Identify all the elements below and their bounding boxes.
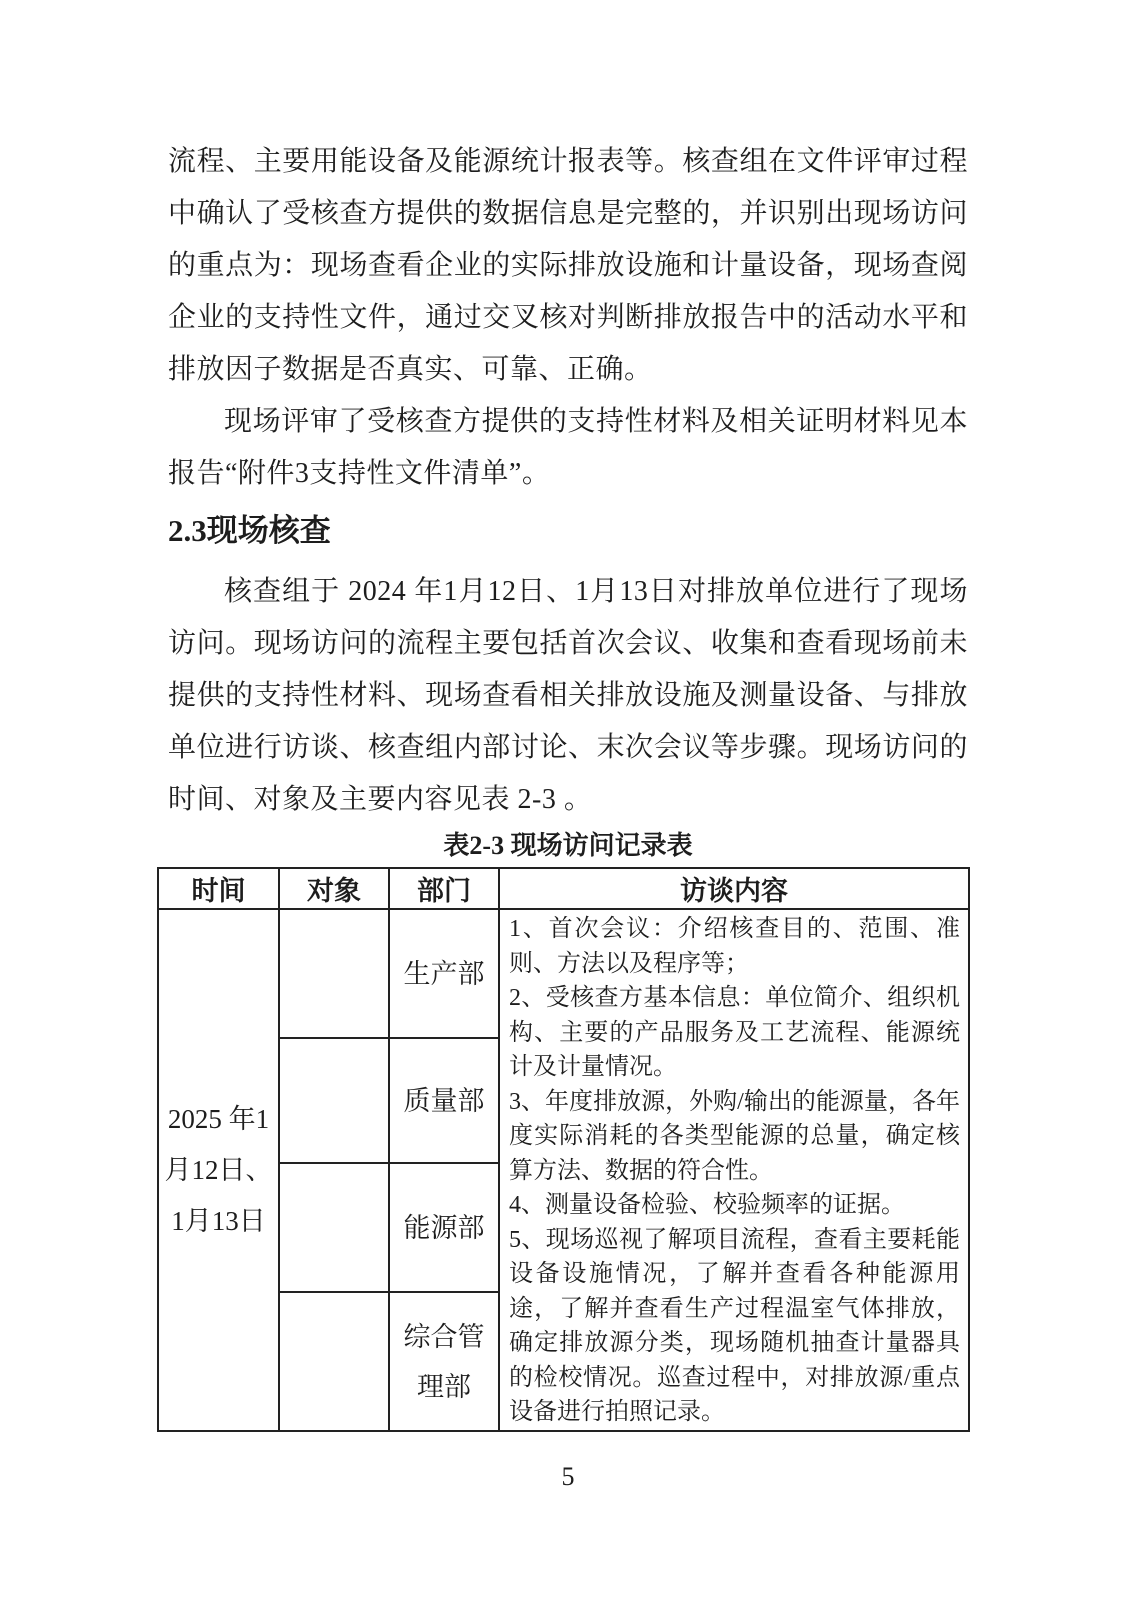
paragraph-file-review: 流程、主要用能设备及能源统计报表等。核查组在文件评审过程中确认了受核查方提供的数… (168, 136, 968, 396)
interview-item-3: 3、年度排放源，外购/输出的能源量，各年度实际消耗的各类型能源的总量，确定核算方… (509, 1085, 960, 1189)
object-cell-4 (279, 1292, 389, 1431)
interview-content-cell: 1、首次会议：介绍核查目的、范围、准则、方法以及程序等； 2、受核查方基本信息：… (499, 909, 969, 1431)
interview-item-2: 2、受核查方基本信息：单位简介、组织机构、主要的产品服务及工艺流程、能源统计及计… (509, 981, 960, 1085)
department-cell-energy: 能源部 (389, 1163, 499, 1292)
section-heading-2-3: 2.3现场核查 (168, 510, 968, 552)
column-header-time: 时间 (158, 868, 279, 909)
department-cell-production: 生产部 (389, 909, 499, 1038)
table-header-row: 时间 对象 部门 访谈内容 (158, 868, 969, 909)
interview-item-5: 5、现场巡视了解项目流程，查看主要耗能设备设施情况，了解并查看各种能源用途，了解… (509, 1223, 960, 1430)
column-header-interview-content: 访谈内容 (499, 868, 969, 909)
column-header-object: 对象 (279, 868, 389, 909)
object-cell-1 (279, 909, 389, 1038)
document-page: 流程、主要用能设备及能源统计报表等。核查组在文件评审过程中确认了受核查方提供的数… (0, 0, 1131, 1600)
paragraph-onsite-review: 现场评审了受核查方提供的支持性材料及相关证明材料见本报告“附件3支持性文件清单”… (168, 396, 968, 500)
table-row: 2025 年1 月12日、 1月13日 生产部 1、首次会议：介绍核查目的、范围… (158, 909, 969, 1038)
department-cell-quality: 质量部 (389, 1038, 499, 1163)
column-header-department: 部门 (389, 868, 499, 909)
interview-item-1: 1、首次会议：介绍核查目的、范围、准则、方法以及程序等； (509, 912, 960, 981)
department-cell-general-management: 综合管理部 (389, 1292, 499, 1431)
table-caption: 表2-3 现场访问记录表 (168, 830, 968, 862)
object-cell-2 (279, 1038, 389, 1163)
page-content: 流程、主要用能设备及能源统计报表等。核查组在文件评审过程中确认了受核查方提供的数… (168, 0, 968, 1494)
interview-item-4: 4、测量设备检验、校验频率的证据。 (509, 1188, 960, 1223)
visit-record-table: 时间 对象 部门 访谈内容 2025 年1 月12日、 1月13日 生产部 1、… (157, 867, 970, 1432)
object-cell-3 (279, 1163, 389, 1292)
paragraph-site-visit: 核查组于 2024 年1月12日、1月13日对排放单位进行了现场访问。现场访问的… (168, 566, 968, 826)
page-number: 5 (168, 1460, 968, 1494)
time-cell: 2025 年1 月12日、 1月13日 (158, 909, 279, 1431)
